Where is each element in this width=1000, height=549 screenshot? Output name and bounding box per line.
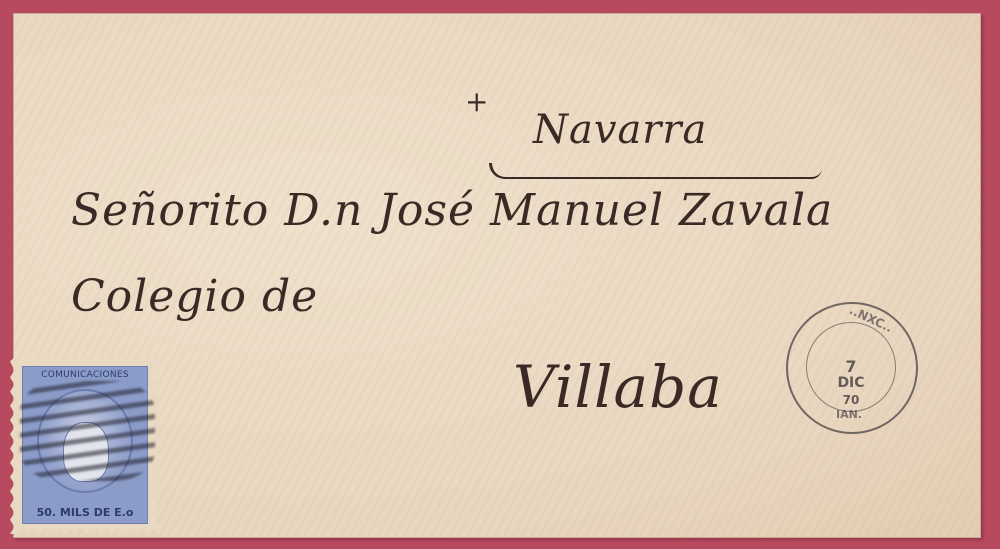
postmark-year: 70 bbox=[807, 393, 895, 407]
postmark-inner-ring: 7 DIC 70 bbox=[806, 322, 896, 412]
stamp-top-text: COMUNICACIONES bbox=[23, 370, 147, 380]
address-institution-line: Colegio de bbox=[71, 271, 318, 322]
handwritten-cross-mark: + bbox=[465, 85, 489, 118]
address-town-line: Villaba bbox=[513, 353, 723, 421]
postmark-day: 7 bbox=[807, 357, 895, 376]
stamp-cancellation-bars bbox=[20, 381, 155, 481]
address-recipient-line: Señorito D.n José Manuel Zavala bbox=[71, 185, 833, 236]
postage-stamp: COMUNICACIONES 50. MILS DE E.o bbox=[10, 356, 160, 534]
postmark-ring-bottom-text: IAN. bbox=[836, 408, 862, 421]
postmark-month: DIC bbox=[807, 375, 895, 391]
envelope: + Navarra Señorito D.n José Manuel Zaval… bbox=[13, 13, 981, 538]
address-destination: Navarra bbox=[533, 107, 707, 153]
postmark: ..NXC.. 7 DIC 70 IAN. bbox=[786, 302, 918, 434]
stamp-value-text: 50. MILS DE E.o bbox=[23, 506, 147, 519]
address-underline-flourish bbox=[489, 163, 822, 179]
